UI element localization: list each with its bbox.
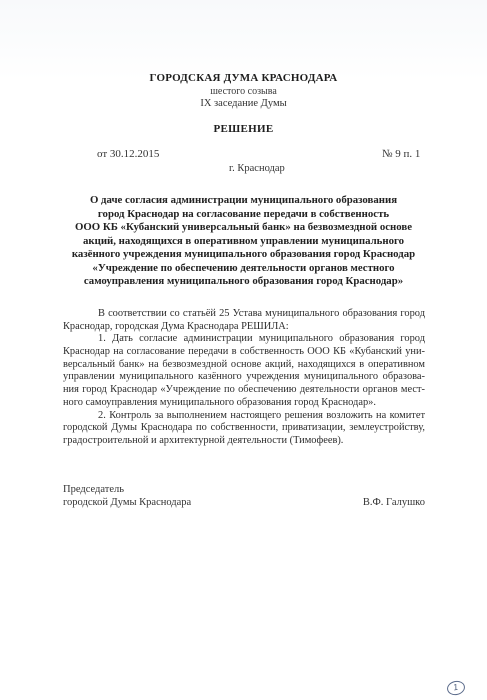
session: IX заседание Думы [0, 98, 487, 109]
document-page: ГОРОДСКАЯ ДУМА КРАСНОДАРА шестого созыва… [0, 0, 487, 700]
subject-line: акций, находящихся в оперативном управле… [0, 235, 487, 249]
clause-2-line: 2. Контроль за выполнением настоящего ре… [63, 410, 425, 423]
subject-line: казённого учреждения муниципального обра… [0, 248, 487, 262]
subject-line: О даче согласия администрации муниципаль… [0, 194, 487, 208]
clause-1-line: ния город Краснодар «Учреждение по обесп… [63, 384, 425, 397]
document-city: г. Краснодар [229, 163, 285, 174]
subject-line: самоуправления муниципального образовани… [0, 275, 487, 289]
handwritten-page-number-icon: 1 [446, 679, 467, 696]
clause-1-line: Краснодар на согласование передачи в соб… [63, 346, 425, 359]
clause-2-line: городской Думы Краснодара по собственнос… [63, 422, 425, 435]
signature-block: Председатель городской Думы Краснодара В… [63, 483, 425, 509]
clause-2-line: градостроительной и архитектурной деятел… [63, 435, 425, 448]
subject-line: ООО КБ «Кубанский универсальный банк» на… [0, 221, 487, 235]
subject-line: город Краснодар на согласование передачи… [0, 208, 487, 222]
subject-line: «Учреждение по обеспечению деятельности … [0, 262, 487, 276]
preamble-line: В соответствии со статьёй 25 Устава муни… [63, 308, 425, 321]
clause-1-line: управлении муниципального казённого учре… [63, 371, 425, 384]
document-number: № 9 п. 1 [382, 148, 420, 160]
signatory-name: В.Ф. Галушко [363, 496, 425, 509]
document-type: РЕШЕНИЕ [0, 123, 487, 135]
decision-subject: О даче согласия администрации муниципаль… [0, 194, 487, 289]
signatory-position: Председатель [63, 483, 425, 496]
clause-1-line: ного самоуправления муниципального образ… [63, 397, 425, 410]
preamble-line: Краснодар, городская Дума Краснодара РЕШ… [63, 321, 425, 334]
document-date: от 30.12.2015 [97, 148, 159, 160]
organization-title: ГОРОДСКАЯ ДУМА КРАСНОДАРА [0, 72, 487, 84]
clause-1-line: 1. Дать согласие администрации муниципал… [63, 333, 425, 346]
decision-body: В соответствии со статьёй 25 Устава муни… [63, 308, 425, 448]
clause-1-line: версальный банк» на безвозмездной основе… [63, 359, 425, 372]
convocation: шестого созыва [0, 86, 487, 97]
